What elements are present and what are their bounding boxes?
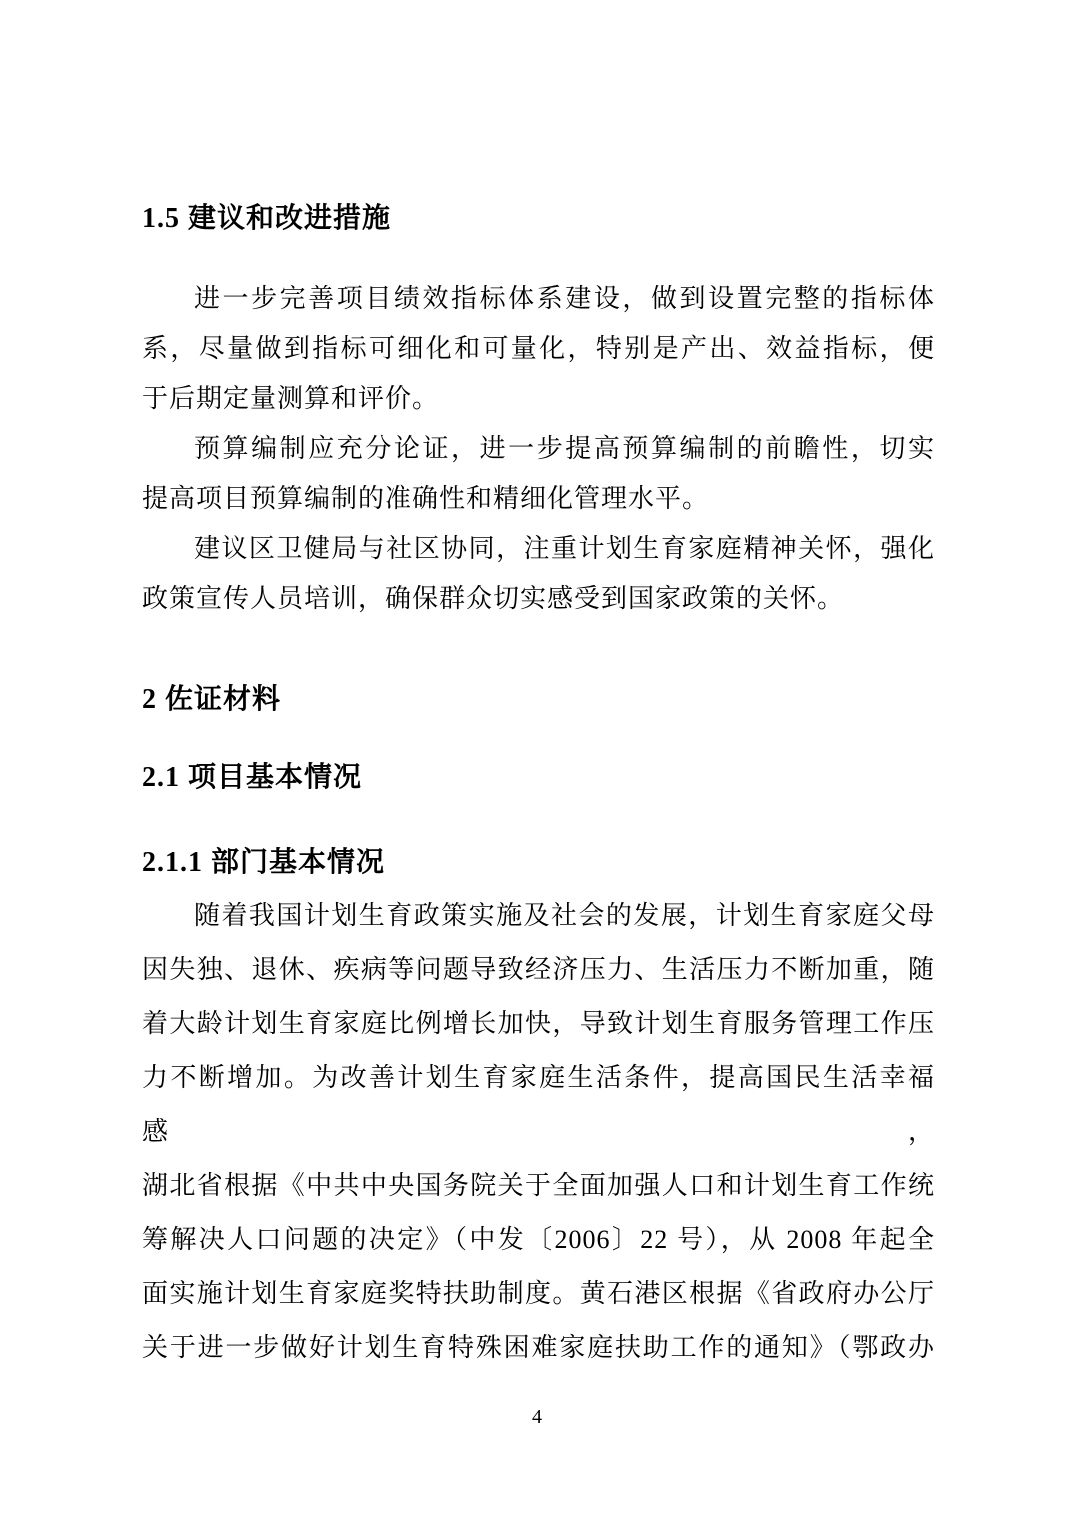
paragraph-department-background: 随着我国计划生育政策实施及社会的发展，计划生育家庭父母 因失独、退休、疾病等问题… bbox=[142, 889, 935, 1375]
text-line: 于后期定量测算和评价。 bbox=[142, 374, 935, 424]
text-line: 湖北省根据《中共中央国务院关于全面加强人口和计划生育工作统 bbox=[142, 1159, 935, 1213]
paragraph-health-bureau: 建议区卫健局与社区协同，注重计划生育家庭精神关怀，强化 政策宣传人员培训，确保群… bbox=[142, 524, 935, 624]
heading-2-1-1-department-basics: 2.1.1 部门基本情况 bbox=[142, 845, 935, 881]
text-line: 建议区卫健局与社区协同，注重计划生育家庭精神关怀，强化 bbox=[142, 524, 935, 574]
heading-2-supporting-materials: 2 佐证材料 bbox=[142, 682, 935, 718]
text-line: 面实施计划生育家庭奖特扶助制度。黄石港区根据《省政府办公厅 bbox=[142, 1267, 935, 1321]
text-line: 提高项目预算编制的准确性和精细化管理水平。 bbox=[142, 474, 935, 524]
text-line: 进一步完善项目绩效指标体系建设，做到设置完整的指标体 bbox=[142, 274, 935, 324]
document-content: 1.5 建议和改进措施 进一步完善项目绩效指标体系建设，做到设置完整的指标体 系… bbox=[0, 0, 1074, 1375]
paragraph-budget: 预算编制应充分论证，进一步提高预算编制的前瞻性，切实 提高项目预算编制的准确性和… bbox=[142, 424, 935, 524]
text-line: 系，尽量做到指标可细化和可量化，特别是产出、效益指标，便 bbox=[142, 324, 935, 374]
heading-1-5-suggestions: 1.5 建议和改进措施 bbox=[142, 201, 935, 237]
text-line: 因失独、退休、疾病等问题导致经济压力、生活压力不断加重，随 bbox=[142, 943, 935, 997]
text-line: 着大龄计划生育家庭比例增长加快，导致计划生育服务管理工作压 bbox=[142, 997, 935, 1051]
heading-2-1-project-basics: 2.1 项目基本情况 bbox=[142, 760, 935, 796]
text-line: 预算编制应充分论证，进一步提高预算编制的前瞻性，切实 bbox=[142, 424, 935, 474]
text-line: 力不断增加。为改善计划生育家庭生活条件，提高国民生活幸福感， bbox=[142, 1051, 935, 1159]
paragraph-indicator-system: 进一步完善项目绩效指标体系建设，做到设置完整的指标体 系，尽量做到指标可细化和可… bbox=[142, 274, 935, 424]
document-page: 1.5 建议和改进措施 进一步完善项目绩效指标体系建设，做到设置完整的指标体 系… bbox=[0, 0, 1074, 1520]
text-line: 政策宣传人员培训，确保群众切实感受到国家政策的关怀。 bbox=[142, 574, 935, 624]
text-line: 关于进一步做好计划生育特殊困难家庭扶助工作的通知》（鄂政办 bbox=[142, 1321, 935, 1375]
text-line: 随着我国计划生育政策实施及社会的发展，计划生育家庭父母 bbox=[142, 889, 935, 943]
text-line: 筹解决人口问题的决定》（中发〔2006〕22 号），从 2008 年起全 bbox=[142, 1213, 935, 1267]
page-number: 4 bbox=[0, 1406, 1074, 1429]
